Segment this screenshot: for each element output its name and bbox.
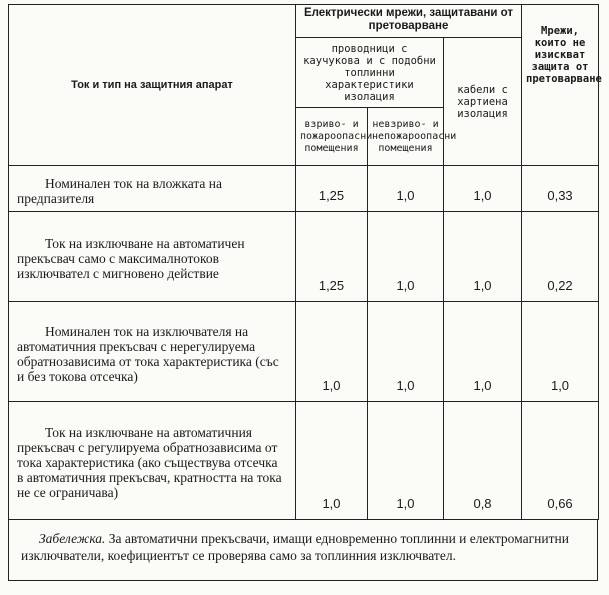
value-cell: 1,0: [368, 302, 444, 402]
table-row: Ток на изключване на автоматичен прекъсв…: [9, 212, 599, 302]
value-cell: 1,25: [296, 212, 368, 302]
value-cell: 1,0: [368, 402, 444, 520]
value-cell: 0,66: [522, 402, 599, 520]
coefficient-table: Ток и тип на защитния апарат Електрическ…: [8, 4, 599, 520]
leaf-header-explosive: взриво- и пожароопасни помещения: [296, 108, 368, 166]
table-row: Номинален ток на изключвателя на автомат…: [9, 302, 599, 402]
value-cell: 1,25: [296, 166, 368, 212]
row-label: Ток на изключване на автоматичен прекъсв…: [9, 212, 296, 302]
value-cell: 0,33: [522, 166, 599, 212]
leaf-header-non-explosive: невзриво- и непожароопасни помещения: [368, 108, 444, 166]
value-cell: 1,0: [444, 166, 522, 212]
value-cell: 1,0: [368, 212, 444, 302]
row-label: Номинален ток на вложката на предпазител…: [9, 166, 296, 212]
value-cell: 1,0: [368, 166, 444, 212]
document-page: Ток и тип на защитния апарат Електрическ…: [8, 4, 598, 581]
note-title: Забележка.: [21, 531, 105, 546]
row-label: Ток на изключване на автоматичния прекъс…: [9, 402, 296, 520]
sub-header-rubber: проводници с каучукова и с подобни топли…: [296, 38, 444, 108]
group-header: Електрически мрежи, защитавани от претов…: [296, 5, 522, 38]
corner-header: Ток и тип на защитния апарат: [9, 5, 296, 166]
value-cell: 1,0: [444, 302, 522, 402]
value-cell: 1,0: [296, 302, 368, 402]
value-cell: 0,8: [444, 402, 522, 520]
right-header: Мрежи, които не изискват защита от прето…: [522, 5, 599, 166]
value-cell: 0,22: [522, 212, 599, 302]
sub-header-paper: кабели с хартиена изолация: [444, 38, 522, 166]
value-cell: 1,0: [296, 402, 368, 520]
table-row: Ток на изключване на автоматичния прекъс…: [9, 402, 599, 520]
value-cell: 1,0: [444, 212, 522, 302]
row-label: Номинален ток на изключвателя на автомат…: [9, 302, 296, 402]
value-cell: 1,0: [522, 302, 599, 402]
table-note: Забележка. За автоматични прекъсвачи, им…: [8, 520, 598, 581]
table-row: Номинален ток на вложката на предпазител…: [9, 166, 599, 212]
